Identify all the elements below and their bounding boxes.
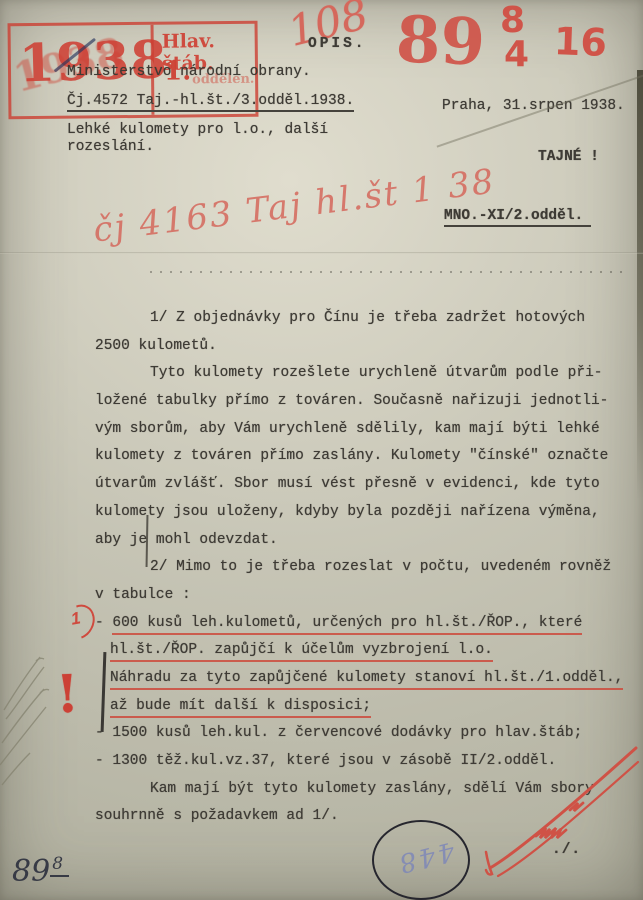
body-line: útvarům zvlášť. Sbor musí vést přesně v … [95, 471, 635, 499]
stamped-number-89: 89 [395, 2, 487, 80]
ministry-name: Ministerstvo národní obrany. [67, 64, 311, 80]
body-line: Náhradu za tyto zapůjčené kulomety stano… [95, 665, 635, 693]
body-line: 2/ Mimo to je třeba rozeslat v počtu, uv… [95, 554, 635, 582]
body-line: až bude mít další k disposici; [95, 693, 635, 721]
horizontal-fold-crease [0, 252, 643, 254]
stamped-fraction-bottom: 4 [504, 34, 529, 75]
ink-offset-dots [150, 271, 630, 273]
body-line: hl.št./ŘOP. zapůjčí k účelům vyzbrojení … [95, 637, 635, 665]
document-page: 1938 1938 Hlav. štáb. 1. oddělen. 108 OP… [0, 0, 643, 900]
blue-circle-number: 448 [393, 835, 457, 878]
stamped-number-16: 16 [553, 19, 607, 65]
addressee: MNO.-XI/2.odděl. [444, 208, 591, 224]
bottom-left-registry-number: 898 [12, 854, 69, 889]
circular-stamp: 448 [372, 820, 470, 900]
handwritten-red-note: čj 4163 Taj hl.št 1 38 [91, 161, 497, 250]
body-line: Tyto kulomety rozešlete urychleně útvarů… [95, 360, 635, 388]
red-underlined-text: hl.št./ŘOP. zapůjčí k účelům vyzbrojení … [110, 642, 493, 662]
body-line: - 600 kusů leh.kulometů, určených pro hl… [95, 610, 635, 638]
body-line: kulomety jsou uloženy, kdyby byla pozděj… [95, 499, 635, 527]
red-underlined-text: Náhradu za tyto zapůjčené kulomety stano… [110, 670, 623, 690]
secrecy-classification: TAJNÉ ! [538, 149, 599, 165]
body-line: vým sborům, aby Vám urychleně sdělily, k… [95, 416, 635, 444]
body-line: ložené tabulky přímo z továren. Současně… [95, 388, 635, 416]
body-line: kulomety z továren přímo zaslány. Kulome… [95, 443, 635, 471]
opis-label: OPIS. [308, 36, 367, 52]
body-line: aby je mohl odevzdat. [95, 527, 635, 555]
pencil-margin-notes [0, 615, 70, 800]
reference-number: Čj.4572 Taj.-hl.št./3.odděl.1938. [67, 93, 354, 109]
body-line: 1/ Z objednávky pro Čínu je třeba zadrže… [95, 305, 635, 333]
red-underlined-text: až bude mít další k disposici; [110, 698, 371, 718]
scan-edge-shadow [637, 70, 643, 500]
body-line: v tabulce : [95, 582, 635, 610]
red-underlined-text: 600 kusů leh.kulometů, určených pro hl.š… [112, 615, 582, 635]
red-paraph-signature [478, 740, 643, 900]
subject: Lehké kulomety pro l.o., dalšírozeslání. [67, 122, 328, 156]
body-line: 2500 kulometů. [95, 333, 635, 361]
